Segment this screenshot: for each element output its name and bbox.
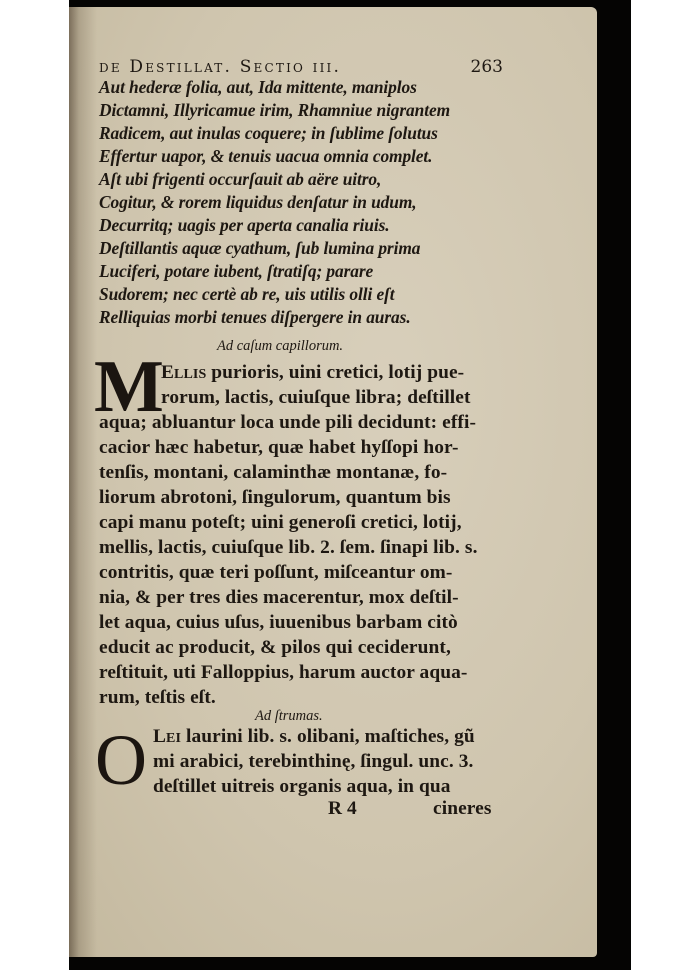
prose-text: purioris, uini cretici, lotij pue- [206,362,464,383]
verse-line: Dictamni, Illyricamue irim, Rhamniue nig… [99,100,450,121]
first-word: Lei [153,726,181,747]
prose-line: reſtituit, uti Falloppius, harum auctor … [99,662,467,684]
catchword: cineres [433,798,492,820]
prose-line: aqua; abluantur loca unde pili decidunt:… [99,412,476,434]
prose-line: nia, & per tres dies macerentur, mox deſ… [99,587,459,609]
prose-line: Ellis purioris, uini cretici, lotij pue- [161,362,464,384]
prose-line: mi arabici, terebinthinę, ſingul. unc. 3… [153,751,473,773]
verse-line: Decurritq; uagis per aperta canalia riui… [99,215,390,236]
verse-line: Aut hederæ folia, aut, Ida mittente, man… [99,77,417,98]
prose-text: laurini lib. s. olibani, maſtiches, gũ [181,726,475,747]
prose-line: rorum, lactis, cuiuſque libra; deſtillet [161,387,471,409]
prose-line: cacior hæc habetur, quæ habet hyſſopi ho… [99,437,459,459]
drop-cap-o: O [95,724,147,796]
page-number: 263 [471,57,503,77]
prose-line: Lei laurini lib. s. olibani, maſtiches, … [153,726,475,748]
prose-line: liorum abrotoni, ſingulorum, quantum bis [99,487,451,509]
running-title: de Destillat. Sectio iii. [99,57,341,77]
prose-line: let aqua, cuius uſus, iuuenibus barbam c… [99,612,458,634]
verse-line: Deſtillantis aquæ cyathum, ſub lumina pr… [99,238,420,259]
prose-line: deſtillet uitreis organis aqua, in qua [153,776,451,798]
prose-line: contritis, quæ teri poſſunt, miſceantur … [99,562,453,584]
prose-line: tenſis, montani, calaminthæ montanæ, fo- [99,462,447,484]
prose-line: capi manu poteſt; uini generoſi cretici,… [99,512,462,534]
verse-line: Relliquias morbi tenues diſpergere in au… [99,307,411,328]
verse-line: Sudorem; nec certè ab re, uis utilis oll… [99,284,394,305]
running-header: de Destillat. Sectio iii. 263 [99,57,499,77]
prose-line: educit ac producit, & pilos qui cecideru… [99,637,451,659]
verse-line: Cogitur, & rorem liquidus denſatur in ud… [99,192,417,213]
verse-line: Luciferi, potare iubent, ſtratiſq; parar… [99,261,373,282]
verse-line: Radicem, aut inulas coquere; in ſublime … [99,123,438,144]
prose-line: mellis, lactis, cuiuſque lib. 2. ſem. ſi… [99,537,478,559]
section-heading: Ad ſtrumas. [255,708,323,725]
section-heading: Ad caſum capillorum. [217,338,343,355]
signature-mark: R 4 [328,798,357,820]
verse-line: Aſt ubi frigenti occurſauit ab aëre uitr… [99,169,381,190]
first-word: Ellis [161,362,206,383]
verse-line: Effertur uapor, & tenuis uacua omnia com… [99,146,432,167]
prose-line: rum, teſtis eſt. [99,687,216,709]
